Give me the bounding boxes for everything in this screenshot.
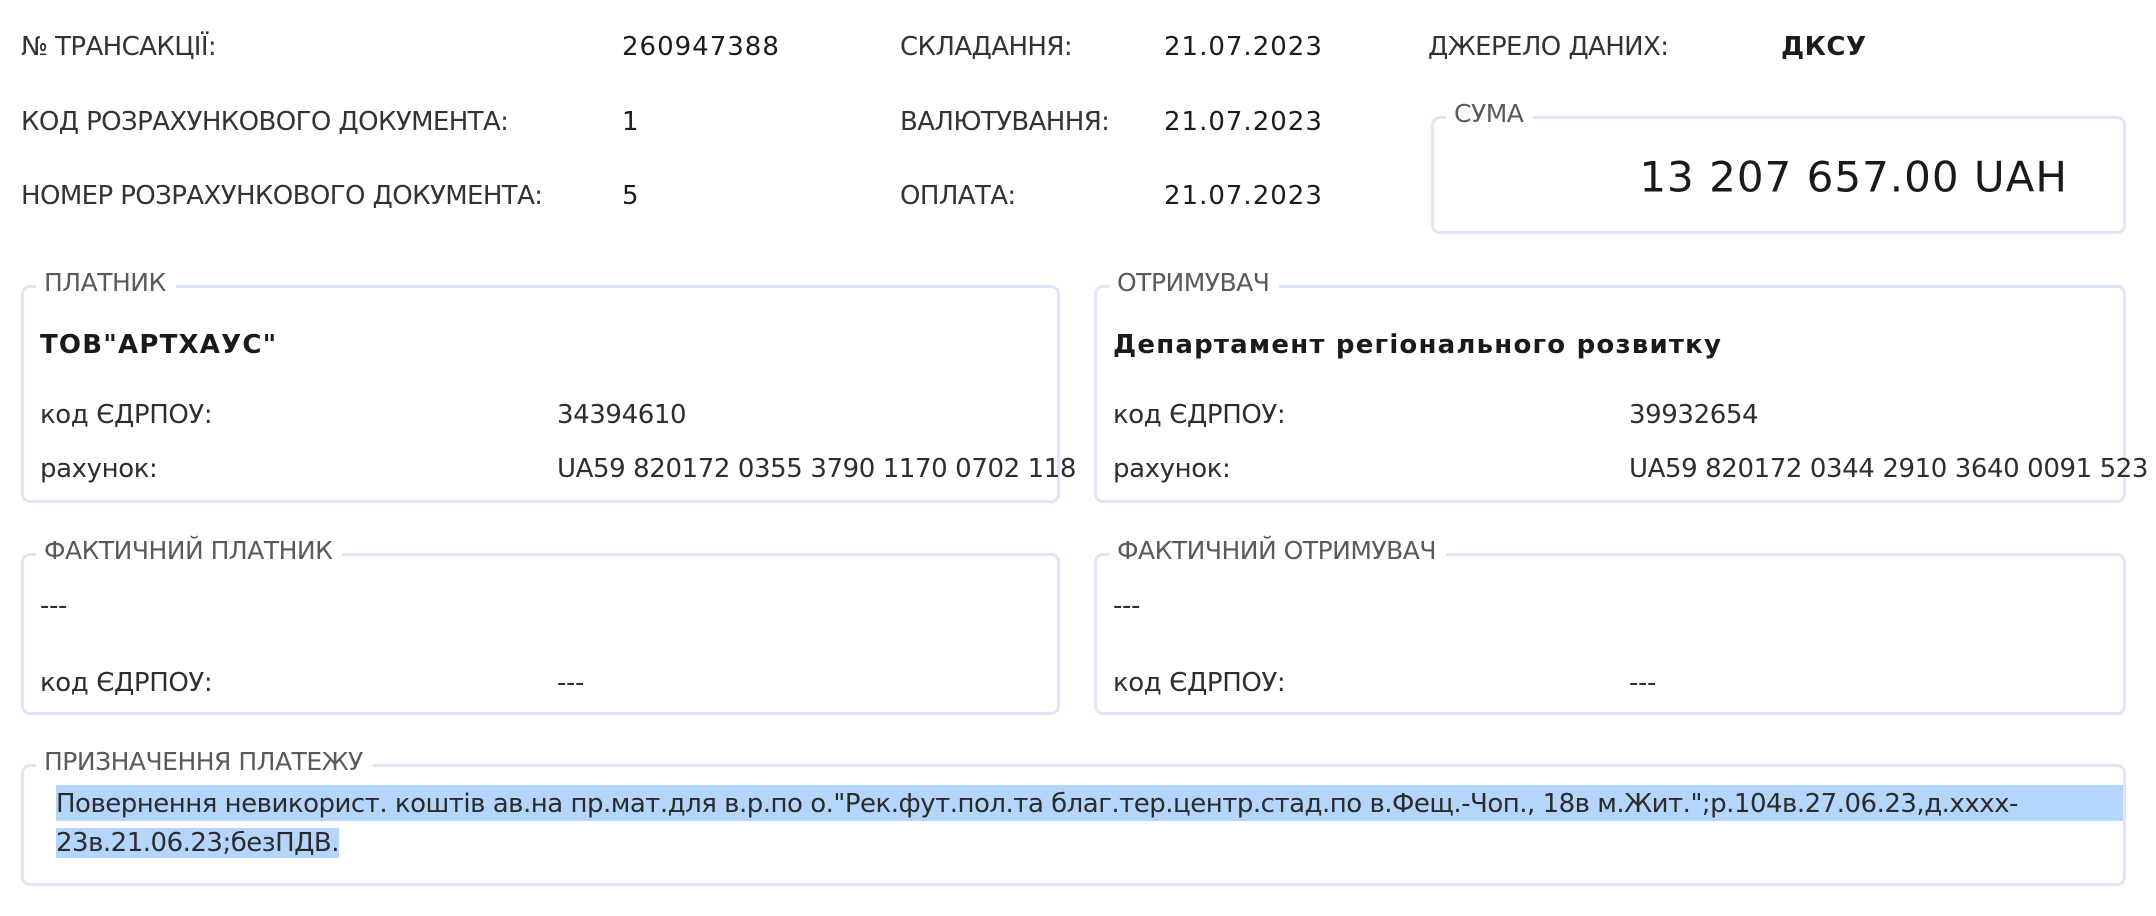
actual-recipient-box: ФАКТИЧНИЙ ОТРИМУВАЧ --- код ЄДРПОУ: ---	[1094, 553, 2126, 715]
payment-purpose-text[interactable]: Повернення невикорист. коштів ав.на пр.м…	[56, 785, 2123, 863]
payer-box: ПЛАТНИК ТОВ"АРТХАУС" код ЄДРПОУ: 3439461…	[21, 285, 1060, 503]
amount-box: СУМА 13 207 657.00 UAH	[1431, 116, 2126, 234]
actual-recipient-legend: ФАКТИЧНИЙ ОТРИМУВАЧ	[1109, 534, 1446, 568]
recipient-legend: ОТРИМУВАЧ	[1109, 266, 1279, 300]
recipient-account-label: рахунок:	[1113, 454, 1230, 484]
actual-payer-box: ФАКТИЧНИЙ ПЛАТНИК --- код ЄДРПОУ: ---	[21, 553, 1060, 715]
transaction-number-label: № ТРАНСАКЦІЇ:	[21, 32, 216, 62]
actual-payer-legend: ФАКТИЧНИЙ ПЛАТНИК	[36, 534, 342, 568]
actual-payer-name: ---	[40, 591, 67, 621]
doc-code-label: КОД РОЗРАХУНКОВОГО ДОКУМЕНТА:	[21, 107, 508, 137]
amount-value: 13 207 657.00 UAH	[1639, 152, 2068, 201]
transaction-number-value: 260947388	[622, 32, 780, 62]
actual-payer-edrpou-value: ---	[557, 668, 584, 698]
compiled-date-value: 21.07.2023	[1164, 32, 1323, 62]
payer-account-value: UA59 820172 0355 3790 1170 0702 118	[557, 454, 1076, 484]
payer-legend: ПЛАТНИК	[36, 266, 176, 300]
actual-recipient-edrpou-value: ---	[1629, 668, 1656, 698]
actual-payer-edrpou-label: код ЄДРПОУ:	[40, 668, 212, 698]
payment-purpose-line-1: Повернення невикорист. коштів ав.на пр.м…	[56, 789, 2018, 819]
doc-number-value: 5	[622, 181, 640, 211]
valuation-date-value: 21.07.2023	[1164, 107, 1323, 137]
payment-purpose-box: ПРИЗНАЧЕННЯ ПЛАТЕЖУ Повернення невикорис…	[21, 764, 2126, 886]
doc-number-label: НОМЕР РОЗРАХУНКОВОГО ДОКУМЕНТА:	[21, 181, 542, 211]
payer-account-label: рахунок:	[40, 454, 157, 484]
compiled-date-label: СКЛАДАННЯ:	[900, 32, 1072, 62]
recipient-edrpou-label: код ЄДРПОУ:	[1113, 400, 1285, 430]
recipient-name: Департамент регіонального розвитку	[1113, 330, 1722, 360]
data-source-value: ДКСУ	[1781, 32, 1867, 62]
payer-name: ТОВ"АРТХАУС"	[40, 330, 277, 360]
recipient-account-value: UA59 820172 0344 2910 3640 0091 523	[1629, 454, 2148, 484]
payer-edrpou-value: 34394610	[557, 400, 686, 430]
payment-purpose-legend: ПРИЗНАЧЕННЯ ПЛАТЕЖУ	[36, 745, 373, 779]
payment-purpose-line-2: 23в.21.06.23;безПДВ.	[56, 828, 339, 858]
valuation-date-label: ВАЛЮТУВАННЯ:	[900, 107, 1109, 137]
actual-recipient-edrpou-label: код ЄДРПОУ:	[1113, 668, 1285, 698]
actual-recipient-name: ---	[1113, 591, 1140, 621]
data-source-label: ДЖЕРЕЛО ДАНИХ:	[1428, 32, 1668, 62]
amount-legend: СУМА	[1446, 97, 1533, 131]
payment-date-label: ОПЛАТА:	[900, 181, 1016, 211]
payment-date-value: 21.07.2023	[1164, 181, 1323, 211]
payer-edrpou-label: код ЄДРПОУ:	[40, 400, 212, 430]
recipient-edrpou-value: 39932654	[1629, 400, 1758, 430]
recipient-box: ОТРИМУВАЧ Департамент регіонального розв…	[1094, 285, 2126, 503]
doc-code-value: 1	[622, 107, 640, 137]
